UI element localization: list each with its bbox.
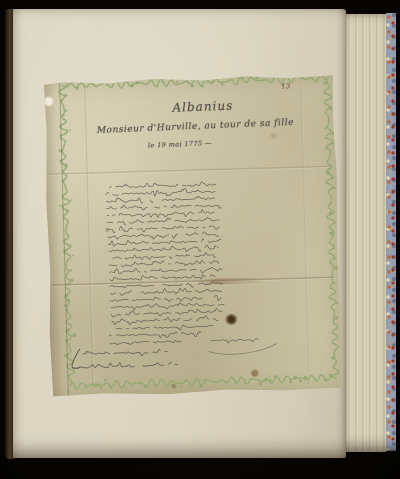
pasted-letter: 13 Albanius Monsieur d'Hurville, au tour…	[42, 73, 343, 398]
book-page-edges	[345, 14, 386, 452]
handwritten-footnote	[68, 344, 219, 382]
handwritten-body-text	[101, 179, 230, 352]
photo-of-album: 13 Albanius Monsieur d'Hurville, au tour…	[0, 0, 400, 479]
folio-number: 13	[281, 82, 290, 90]
marbled-endpaper-edge	[386, 13, 396, 451]
